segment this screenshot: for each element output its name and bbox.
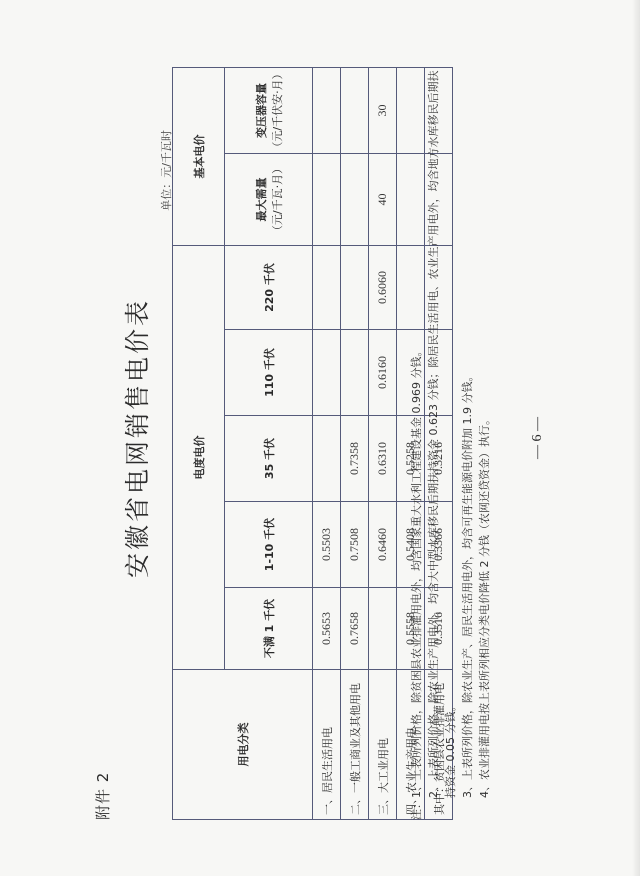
price-cell: 0.5503 bbox=[313, 502, 341, 588]
table-row: 三、大工业用电0.64600.63100.61600.60604030 bbox=[369, 68, 397, 820]
attachment-label: 附件 2 bbox=[92, 772, 113, 820]
category-header: 用电分类 bbox=[173, 670, 313, 820]
page-number: — 6 — bbox=[530, 0, 546, 876]
voltage-header: 1-10 千伏 bbox=[225, 502, 313, 588]
table-row: 一、居民生活用电0.56530.5503 bbox=[313, 68, 341, 820]
price-cell bbox=[341, 330, 369, 416]
transformer-capacity-header: 变压器容量 （元/千伏安·月） bbox=[225, 68, 313, 154]
price-cell bbox=[313, 68, 341, 154]
price-cell: 0.7358 bbox=[341, 416, 369, 502]
rotated-page: 附件 2 安徽省电网销售电价表 单位：元/千瓦时 用电分类 电度电价 基本电价 … bbox=[0, 0, 640, 876]
price-cell bbox=[369, 588, 397, 670]
voltage-header: 35 千伏 bbox=[225, 416, 313, 502]
price-cell: 0.6060 bbox=[369, 246, 397, 330]
category-cell: 二、一般工商业及其他用电 bbox=[341, 670, 369, 820]
price-cell bbox=[313, 246, 341, 330]
price-cell: 0.7658 bbox=[341, 588, 369, 670]
note-2: 2、上表所列价格，除农业生产用电外，均含大中型水库移民后期扶持资金 0.623 … bbox=[425, 60, 459, 820]
price-cell bbox=[313, 416, 341, 502]
price-cell: 30 bbox=[369, 68, 397, 154]
scan-edge-shadow bbox=[632, 0, 640, 876]
note-4: 4、农业排灌用电按上表所列相应分类电价降低 2 分钱（农网还贷资金）执行。 bbox=[476, 60, 493, 820]
voltage-header: 110 千伏 bbox=[225, 330, 313, 416]
price-cell bbox=[341, 246, 369, 330]
voltage-header: 不满 1 千伏 bbox=[225, 588, 313, 670]
price-cell: 0.6310 bbox=[369, 416, 397, 502]
voltage-header: 220 千伏 bbox=[225, 246, 313, 330]
basic-price-header: 基本电价 bbox=[173, 68, 225, 246]
page-title: 安徽省电网销售电价表 bbox=[118, 0, 154, 876]
price-cell: 0.5653 bbox=[313, 588, 341, 670]
category-cell: 三、大工业用电 bbox=[369, 670, 397, 820]
table-row: 二、一般工商业及其他用电0.76580.75080.7358 bbox=[341, 68, 369, 820]
price-cell: 40 bbox=[369, 154, 397, 246]
price-cell: 0.6460 bbox=[369, 502, 397, 588]
price-cell bbox=[341, 68, 369, 154]
note-1: 注：1、上表所列价格，除贫困县农业排灌用电外，均含国家重大水利工程建设基金 0.… bbox=[408, 60, 425, 820]
energy-price-header: 电度电价 bbox=[173, 246, 225, 670]
category-cell: 一、居民生活用电 bbox=[313, 670, 341, 820]
price-cell: 0.7508 bbox=[341, 502, 369, 588]
notes: 注：1、上表所列价格，除贫困县农业排灌用电外，均含国家重大水利工程建设基金 0.… bbox=[408, 60, 493, 820]
max-demand-header: 最大需量 （元/千瓦·月） bbox=[225, 154, 313, 246]
price-cell: 0.6160 bbox=[369, 330, 397, 416]
note-3: 3、上表所列价格，除农业生产、居民生活用电外，均含可再生能源电价附加 1.9 分… bbox=[459, 60, 476, 820]
price-cell bbox=[313, 154, 341, 246]
price-cell bbox=[341, 154, 369, 246]
price-cell bbox=[313, 330, 341, 416]
